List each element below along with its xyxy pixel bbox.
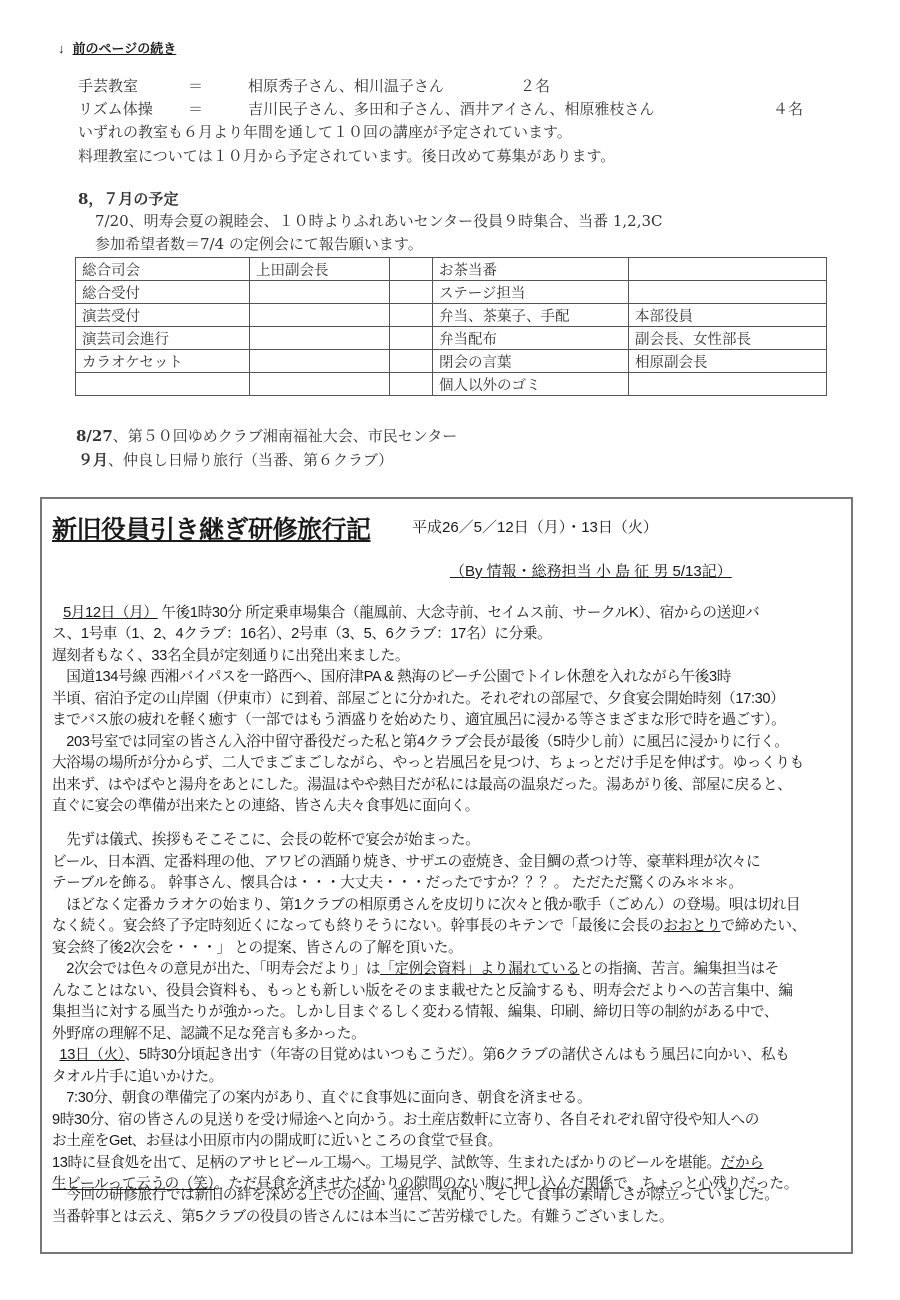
report-line: なく続く。宴会終了予定時刻近くになっても終りそうにない。幹事長のキテンで「最後に… xyxy=(52,916,852,938)
line-text: 、5時30分頃起き出す（年寄の目覚めはいつもこうだ）。第6クラブの諸伏さんはもう… xyxy=(125,1047,790,1063)
table-cell xyxy=(629,281,827,304)
report-line: お土産をGet、お昼は小田原市内の開成町に近いところの食堂で昼食。 xyxy=(52,1131,852,1153)
table-cell xyxy=(250,327,390,350)
line-text: で締めたい、 xyxy=(720,918,805,934)
report-byline: （By 情報・総務担当 小 島 征 男 5/13記） xyxy=(450,560,732,581)
event-text: 、仲良し日帰り旅行（当番、第６クラブ） xyxy=(108,451,393,469)
july-heading: 8，７月の予定 xyxy=(78,188,178,209)
report-line: 半頃、宿泊予定の山岸園（伊東市）に到着、部屋ごとに分かれた。それぞれの部屋で、夕… xyxy=(52,689,852,711)
table-cell xyxy=(390,327,433,350)
report-line: 203号室では同室の皆さん入浴中留守番役だった私と第4クラブ会長が最後（5時少し… xyxy=(52,732,852,754)
table-row: 個人以外のゴミ xyxy=(76,373,827,396)
table-row: 演芸司会進行弁当配布副会長、女性部長 xyxy=(76,327,827,350)
table-cell: 上田副会長 xyxy=(250,258,390,281)
table-cell: カラオケセット xyxy=(76,350,250,373)
table-cell xyxy=(629,373,827,396)
table-cell: 総合司会 xyxy=(76,258,250,281)
table-cell xyxy=(629,258,827,281)
table-cell: 個人以外のゴミ xyxy=(433,373,629,396)
table-cell xyxy=(250,373,390,396)
report-line: 直ぐに宴会の準備が出来たとの連絡、皆さん夫々食事処に面向く。 xyxy=(52,796,852,818)
report-line: タオル片手に追いかけた。 xyxy=(52,1067,852,1089)
table-cell xyxy=(390,350,433,373)
continued-label: 前のページの続き xyxy=(73,41,177,56)
report-line: 宴会終了後2次会を・・・」 との提案、皆さんの了解を頂いた。 xyxy=(52,938,852,960)
table-cell: 本部役員 xyxy=(629,304,827,327)
line-text: 午後1時30分 所定乗車場集合（龍鳳前、大念寺前、セイムス前、サークルK）、宿か… xyxy=(158,605,760,621)
report-line: んなことはない、役員会資料も、もっとも新しい版をそのまま載せたと反論するも、明寿… xyxy=(52,981,852,1003)
july-line-1: 7/20、明寿会夏の親睦会、１０時よりふれあいセンター役員９時集合、当番 1,2… xyxy=(95,210,663,231)
duty-table: 総合司会上田副会長お茶当番 総合受付ステージ担当 演芸受付弁当、茶菓子、手配本部… xyxy=(75,257,827,396)
continued-header: ↓前のページの続き xyxy=(58,38,176,57)
class-count: ４名 xyxy=(773,100,803,118)
report-line: テーブルを飾る。 幹事さん、懐具合は・・・大丈夫・・・だったですか？？？。 ただ… xyxy=(52,873,852,895)
class-members: 吉川民子さん、多田和子さん、酒井アイさん、相原雅枝さん xyxy=(248,98,773,119)
event-date: ９月 xyxy=(78,451,108,469)
report-line: 大浴場の場所が分からず、二人でまごまごしながら、やっと岩風呂を見つけ、ちょっとだ… xyxy=(52,753,852,775)
class-count: ２名 xyxy=(520,77,550,95)
table-cell xyxy=(250,304,390,327)
report-line: 国道134号線 西湘バイパスを一路西へ、国府津PA & 熱海のビーチ公園でトイレ… xyxy=(52,667,852,689)
table-cell: 弁当、茶菓子、手配 xyxy=(433,304,629,327)
line-text: 13時に昼食処を出て、足柄のアサヒビール工場へ。工場見学、試飲等、生まれたばかり… xyxy=(52,1155,721,1171)
report-line: 外野席の理解不足、認識不足な発言も多かった。 xyxy=(52,1024,852,1046)
upcoming-sep: ９月、仲良し日帰り旅行（当番、第６クラブ） xyxy=(78,449,393,470)
report-line: ス、1号車（1、2、4クラブ：16名）、2号車（3、5、6クラブ：17名）に分乗… xyxy=(52,624,852,646)
underlined-text: 「定例会資料」より漏れている xyxy=(380,961,579,977)
line-text: との指摘、苦言。編集担当はそ xyxy=(580,961,779,977)
closing-line-1: 今回の研修旅行では新旧の絆を深める上での企画、運営、気配り、そして食事の素晴しさ… xyxy=(52,1185,852,1207)
classes-note-1: いずれの教室も６月より年間を通して１０回の講座が予定されています。 xyxy=(78,121,572,142)
report-line: ビール、日本酒、定番料理の他、アワビの酒踊り焼き、サザエの壺焼き、金目鯛の煮つけ… xyxy=(52,852,852,874)
report-line: 9時30分、宿の皆さんの見送りを受け帰途へと向かう。お土産店数軒に立寄り、各自そ… xyxy=(52,1110,852,1132)
table-cell: 演芸司会進行 xyxy=(76,327,250,350)
underlined-text: おおとり xyxy=(663,918,720,934)
line-text: なく続く。宴会終了予定時刻近くになっても終りそうにない。幹事長のキテンで「最後に… xyxy=(52,918,663,934)
report-line: までバス旅の疲れを軽く癒す（一部ではもう酒盛りを始めたり、適宜風呂に浸かる等さま… xyxy=(52,710,852,732)
underlined-text: だから xyxy=(721,1155,764,1171)
table-cell: ステージ担当 xyxy=(433,281,629,304)
report-title: 新旧役員引き継ぎ研修旅行記 xyxy=(52,510,389,546)
table-cell xyxy=(390,258,433,281)
report-line: 出来ず、はやばやと湯舟をあとにした。湯温はやや熱目だが私には最高の温泉だった。湯… xyxy=(52,775,852,797)
upcoming-aug: 8/27、第５０回ゆめクラブ湘南福祉大会、市民センター xyxy=(76,425,457,446)
report-title-text: 新旧役員引き継ぎ研修旅行記 xyxy=(52,516,371,544)
report-line: 7:30分、朝食の準備完了の案内があり、直ぐに食事処に面向き、朝食を済ませる。 xyxy=(52,1088,852,1110)
equals-sign: ＝ xyxy=(188,98,248,119)
class-label: リズム体操 xyxy=(78,98,188,119)
day2-date: 13日（火） xyxy=(59,1047,124,1063)
line-text: 2次会では色々の意見が出た、「明寿会だより」は xyxy=(52,961,380,977)
day1-date: 5月12日（月） xyxy=(63,605,158,621)
equals-sign: ＝ xyxy=(188,75,248,96)
down-arrow-icon: ↓ xyxy=(58,41,65,56)
table-cell xyxy=(390,373,433,396)
report-line: 集担当に対する風当たりが強かった。しかし目まぐるしく変わる情報、編集、印刷、締切… xyxy=(52,1002,852,1024)
table-cell xyxy=(76,373,250,396)
july-line-2: 参加希望者数＝7/4 の定例会にて報告願います。 xyxy=(95,233,423,254)
report-line: 遅刻者もなく、33名全員が定刻通りに出発出来ました。 xyxy=(52,646,852,668)
class-members: 相原秀子さん、相川温子さん xyxy=(248,75,520,96)
table-row: カラオケセット閉会の言葉相原副会長 xyxy=(76,350,827,373)
table-cell xyxy=(390,281,433,304)
table-cell xyxy=(250,281,390,304)
table-cell: お茶当番 xyxy=(433,258,629,281)
table-row: 総合受付ステージ担当 xyxy=(76,281,827,304)
classes-note-2: 料理教室については１０月から予定されています。後日改めて募集があります。 xyxy=(78,145,615,166)
table-cell xyxy=(390,304,433,327)
class-label: 手芸教室 xyxy=(78,75,188,96)
report-line: 13日（火）、5時30分頃起き出す（年寄の目覚めはいつもこうだ）。第6クラブの諸… xyxy=(52,1045,852,1067)
table-row: 演芸受付弁当、茶菓子、手配本部役員 xyxy=(76,304,827,327)
report-line: 先ずは儀式、挨拶もそこそこに、会長の乾杯で宴会が始まった。 xyxy=(52,830,852,852)
table-cell: 副会長、女性部長 xyxy=(629,327,827,350)
table-cell: 弁当配布 xyxy=(433,327,629,350)
report-date: 平成26／5／12日（月）・13日（火） xyxy=(412,516,658,537)
class-rhythm: リズム体操＝吉川民子さん、多田和子さん、酒井アイさん、相原雅枝さん４名 xyxy=(78,98,803,119)
report-line: ほどなく定番カラオケの始まり、第1クラブの相原勇さんを皮切りに次々と俄か歌手（ご… xyxy=(52,895,852,917)
report-line: 13時に昼食処を出て、足柄のアサヒビール工場へ。工場見学、試飲等、生まれたばかり… xyxy=(52,1153,852,1175)
table-row: 総合司会上田副会長お茶当番 xyxy=(76,258,827,281)
event-date: 8/27 xyxy=(76,427,113,445)
table-cell: 総合受付 xyxy=(76,281,250,304)
closing-line-2: 当番幹事とは云え、第5クラブの役員の皆さんには本当にご苦労様でした。有難うござい… xyxy=(52,1207,852,1229)
table-cell: 演芸受付 xyxy=(76,304,250,327)
table-cell xyxy=(250,350,390,373)
report-line: 5月12日（月） 午後1時30分 所定乗車場集合（龍鳳前、大念寺前、セイムス前、… xyxy=(52,603,852,625)
table-cell: 閉会の言葉 xyxy=(433,350,629,373)
class-handicraft: 手芸教室＝相原秀子さん、相川温子さん２名 xyxy=(78,75,550,96)
table-cell: 相原副会長 xyxy=(629,350,827,373)
event-text: 、第５０回ゆめクラブ湘南福祉大会、市民センター xyxy=(113,427,457,445)
report-line: 2次会では色々の意見が出た、「明寿会だより」は「定例会資料」より漏れているとの指… xyxy=(52,959,852,981)
